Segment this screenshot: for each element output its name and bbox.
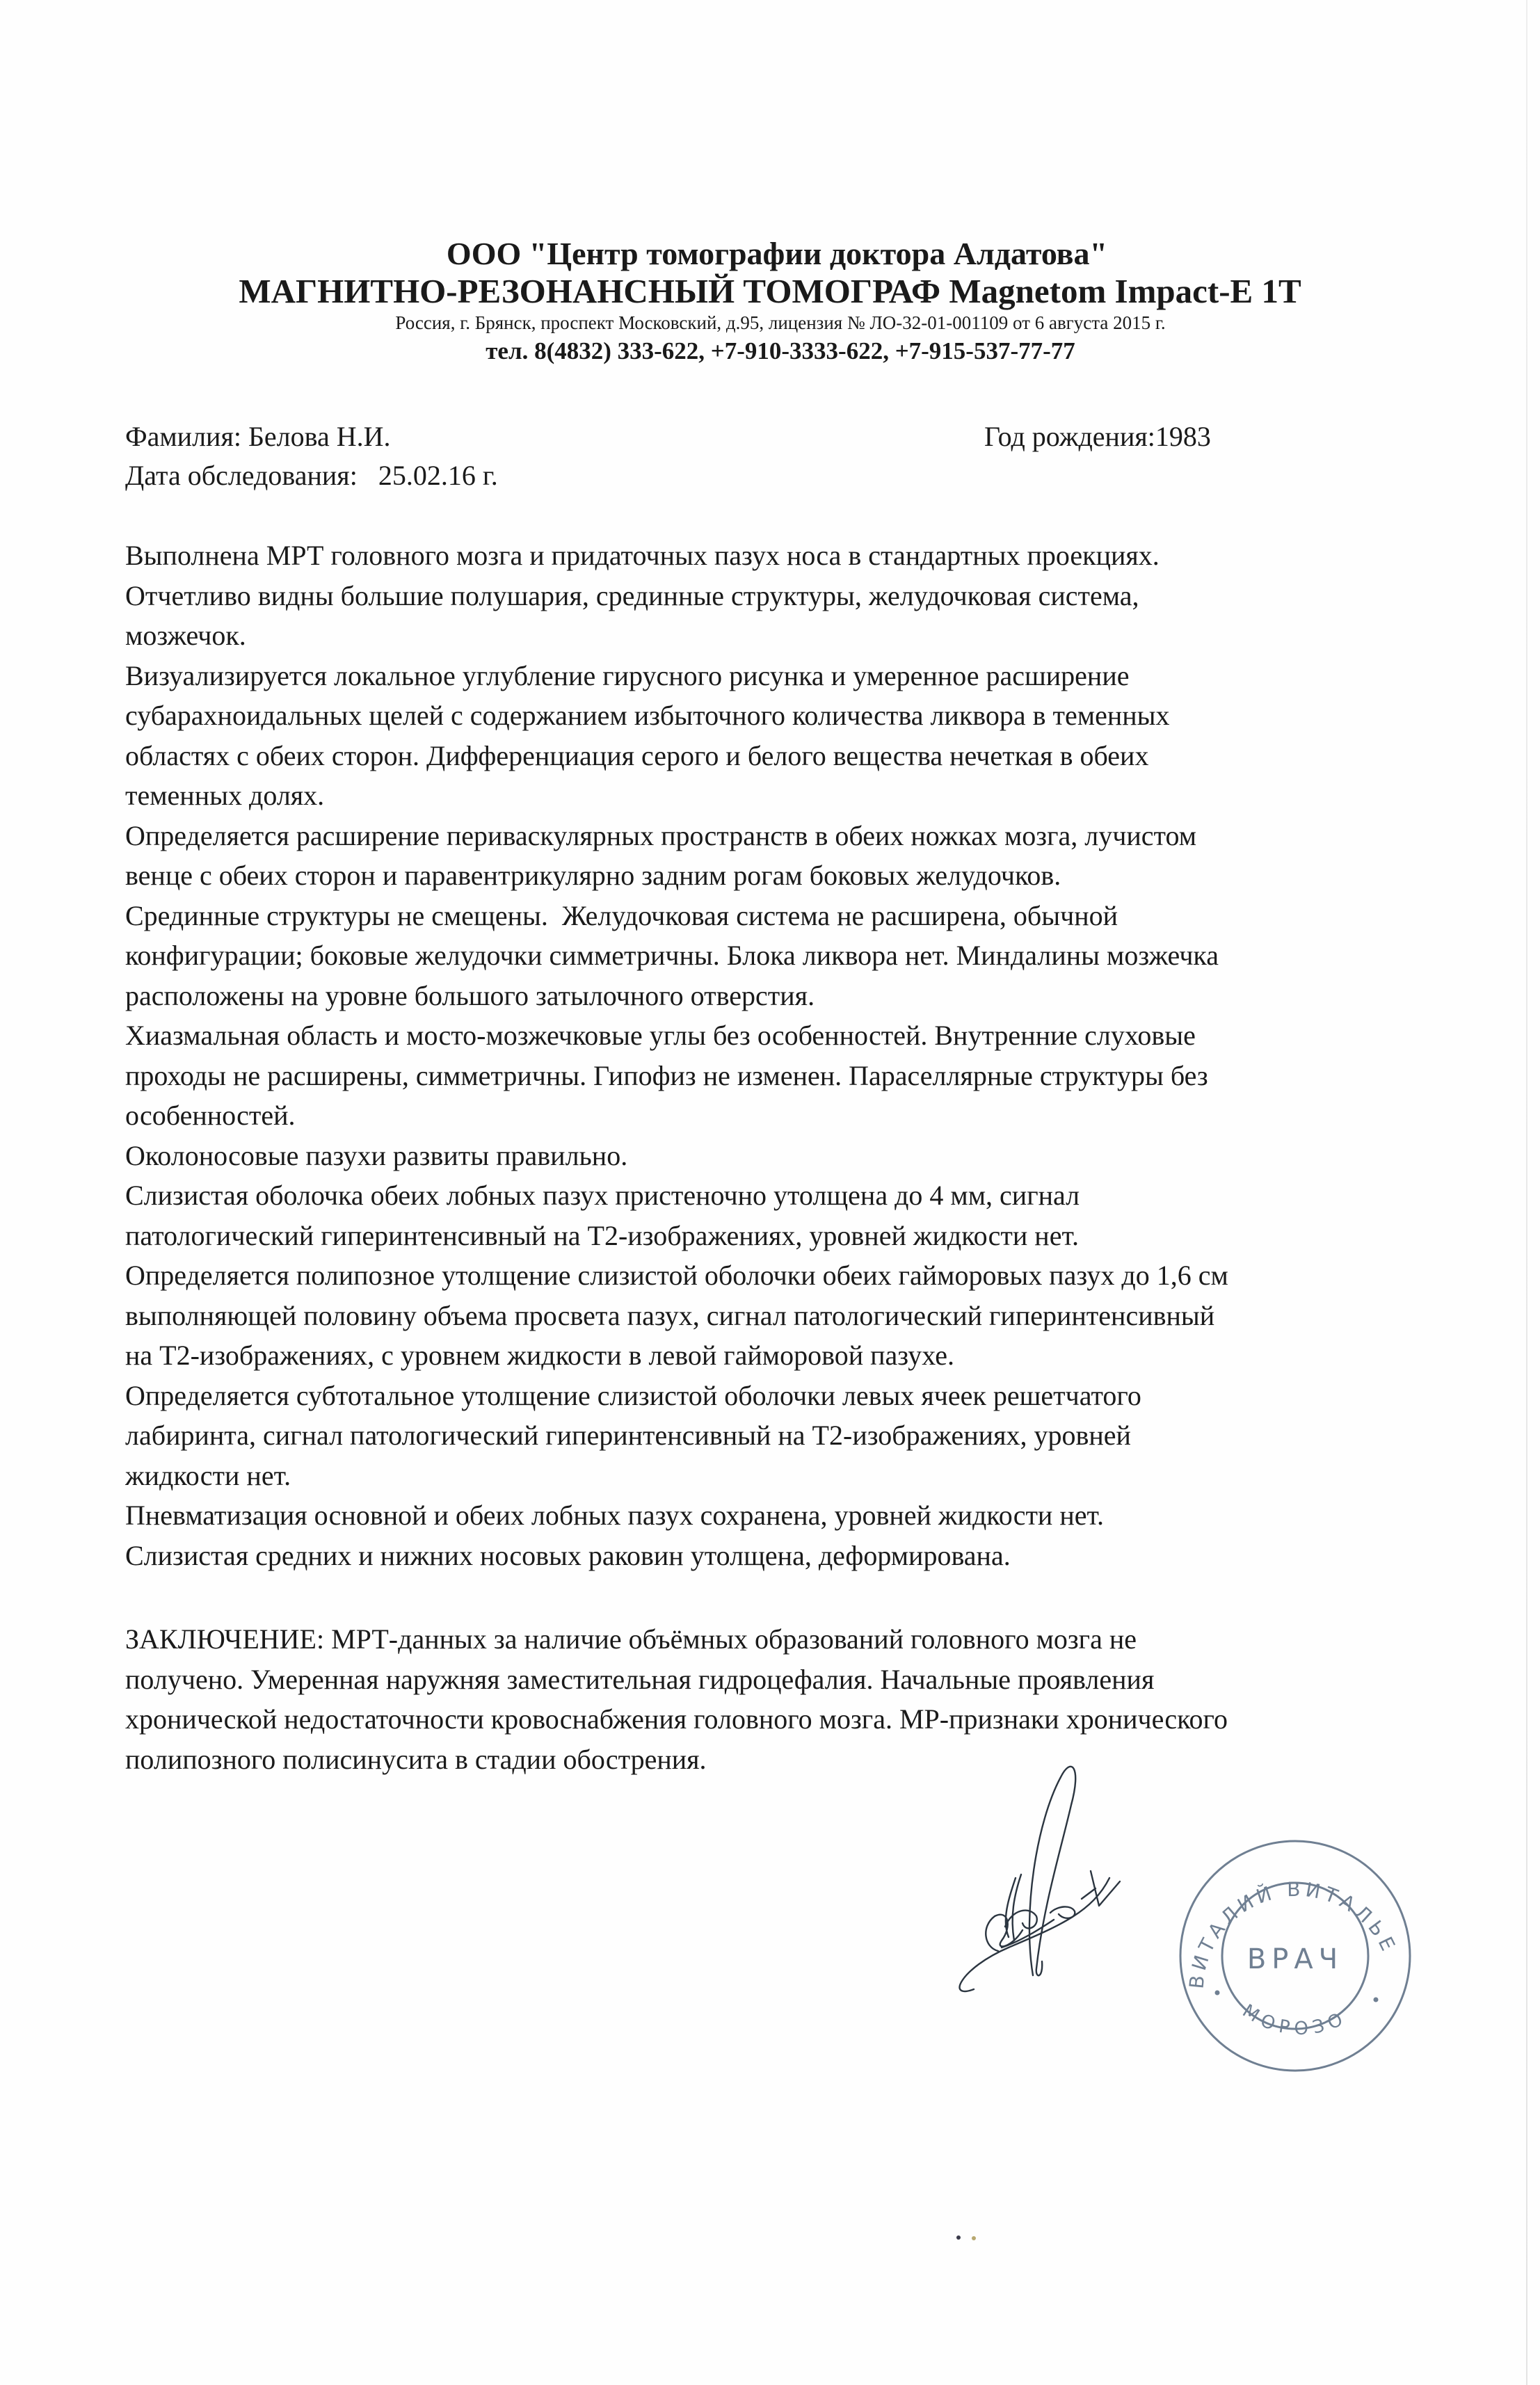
conclusion-text: ЗАКЛЮЧЕНИЕ: МРТ-данных за наличие объёмн… [125,1619,1509,1779]
findings-line: Отчетливо видны большие полушария, среди… [125,576,1509,616]
findings-line: расположены на уровне большого затылочно… [125,976,1509,1016]
surname-label: Фамилия: [125,421,241,452]
scan-specks [953,2234,981,2241]
findings-line: Хиазмальная область и мосто-мозжечковые … [125,1015,1509,1056]
birth-year-field: Год рождения:1983 [984,417,1211,456]
device-title: МАГНИТНО-РЕЗОНАНСНЫЙ ТОМОГРАФ Magnetom I… [0,273,1540,310]
findings-text: Выполнена МРТ головного мозга и придаточ… [125,536,1509,1575]
stamp-dot-right [1374,1998,1379,2002]
findings-line: областях с обеих сторон. Дифференциация … [125,736,1509,776]
findings-line: Визуализируется локальное углубление гир… [125,656,1509,696]
findings-line: патологический гиперинтенсивный на Т2-из… [125,1216,1509,1256]
exam-date-row: Дата обследования: 25.02.16 г. [125,456,1482,495]
findings-line: венце с обеих сторон и паравентрикулярно… [125,856,1509,896]
stamp-dot-left [1215,1991,1220,1995]
conclusion-line: получено. Умеренная наружняя заместитель… [125,1660,1509,1700]
findings-line: Срединные структуры не смещены. Желудочк… [125,896,1509,936]
conclusion-line: ЗАКЛЮЧЕНИЕ: МРТ-данных за наличие объёмн… [125,1619,1509,1660]
findings-line: Слизистая оболочка обеих лобных пазух пр… [125,1175,1509,1216]
phone-numbers: тел. 8(4832) 333-622, +7-910-3333-622, +… [21,335,1540,367]
findings-line: Определяется полипозное утолщение слизис… [125,1255,1509,1296]
birth-year-label: Год рождения: [984,421,1155,452]
surname-value: Белова Н.И. [248,421,391,452]
findings-line: лабиринта, сигнал патологический гиперин… [125,1415,1509,1456]
findings-line: Слизистая средних и нижних носовых раков… [125,1536,1509,1576]
scanned-document-page: ООО "Центр томографии доктора Алдатова" … [0,0,1540,2385]
findings-line: особенностей. [125,1095,1509,1136]
conclusion-line: хронической недостаточности кровоснабжен… [125,1699,1509,1740]
findings-line: жидкости нет. [125,1456,1509,1496]
organization-name: ООО "Центр томографии доктора Алдатова" [14,235,1540,273]
surname-row: Фамилия: Белова Н.И.Год рождения:1983 [125,417,1482,456]
doctor-signature [932,1739,1141,2017]
findings-line: Определяется субтотальное утолщение слиз… [125,1376,1509,1416]
findings-line: Околоносовые пазухи развиты правильно. [125,1136,1509,1176]
findings-line: Определяется расширение периваскулярных … [125,816,1509,856]
exam-date-label: Дата обследования: [125,460,358,491]
letterhead: ООО "Центр томографии доктора Алдатова" … [0,235,1540,367]
patient-info: Фамилия: Белова Н.И.Год рождения:1983 Да… [125,417,1482,495]
findings-line: Пневматизация основной и обеих лобных па… [125,1495,1509,1536]
birth-year-value: 1983 [1155,421,1211,452]
findings-line: проходы не расширены, симметричны. Гипоф… [125,1056,1509,1096]
stamp-center-text: ВРАЧ [1247,1943,1343,1975]
findings-line: теменных долях. [125,776,1509,816]
findings-line: на Т2-изображениях, с уровнем жидкости в… [125,1335,1509,1376]
findings-line: конфигурации; боковые желудочки симметри… [125,935,1509,976]
findings-line: субарахноидальных щелей с содержанием из… [125,696,1509,736]
exam-date-value: 25.02.16 г. [378,460,498,491]
findings-line: мозжечок. [125,616,1509,656]
findings-line: выполняющей половину объема просвета паз… [125,1296,1509,1336]
address-license: Россия, г. Брянск, проспект Московский, … [21,310,1540,335]
findings-line: Выполнена МРТ головного мозга и придаточ… [125,536,1509,576]
conclusion-line: полипозного полисинусита в стадии обостр… [125,1740,1509,1780]
doctor-stamp: ВРАЧ ВИТАЛИЙ ВИТАЛЬЕВИЧ МОРОЗОВ [1176,1836,1415,2076]
